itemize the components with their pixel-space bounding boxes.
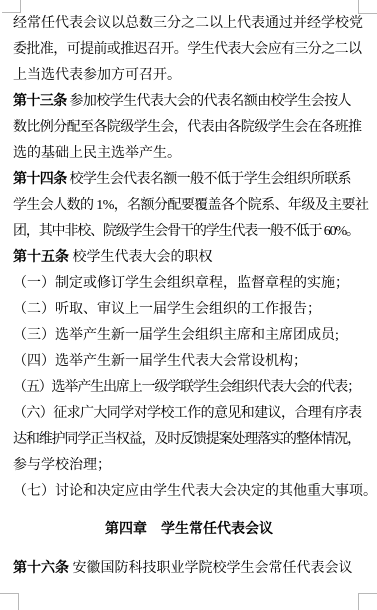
line-text: 团，其中非校、院级学生会骨干的学生代表一般不低于 60%。 <box>13 224 359 239</box>
line-text: （二）听取、审议上一届学生会组织的工作报告； <box>13 302 321 317</box>
list-item-2: （二）听取、审议上一届学生会组织的工作报告； <box>13 297 365 323</box>
line-text: （七）讨论和决定应由学生代表大会决定的其他重大事项。 <box>13 484 377 499</box>
list-item-7: （七）讨论和决定应由学生代表大会决定的其他重大事项。 <box>13 479 365 505</box>
article-14-opening-line: 第十四条 校学生会代表名额一般不低于学生会组织所联系 <box>13 167 365 193</box>
line-text: 数比例分配至各院级学生会，代表由各院级学生会在各班推 <box>13 120 361 135</box>
list-item-4: （四）选举产生新一届学生代表大会常设机构； <box>13 349 365 375</box>
text-line: 数比例分配至各院级学生会，代表由各院级学生会在各班推 <box>13 115 365 141</box>
line-text: （四）选举产生新一届学生代表大会常设机构； <box>13 354 307 369</box>
line-text: 校学生会代表名额一般不低于学生会组织所联系 <box>67 172 351 187</box>
list-item-3: （三）选举产生新一届学生会组织主席和主席团成员; <box>13 323 365 349</box>
document-page: 经常任代表会议以总数三分之二以上代表通过并经学校党 委批准，可提前或推迟召开。学… <box>0 0 377 610</box>
text-line: 委批准，可提前或推迟召开。学生代表大会应有三分之二以 <box>13 37 365 63</box>
line-text: 选的基础上民主选举产生。 <box>13 146 181 161</box>
article-16-label: 第十六条 <box>13 561 69 576</box>
line-text: 上当选代表参加方可召开。 <box>13 68 181 83</box>
text-line: 上当选代表参加方可召开。 <box>13 63 365 89</box>
line-text: 参与学校治理； <box>13 458 111 473</box>
document-text-column[interactable]: 经常任代表会议以总数三分之二以上代表通过并经学校党 委批准，可提前或推迟召开。学… <box>13 11 365 582</box>
line-text: 达和维护同学正当权益，及时反馈提案处理落实的整体情况， <box>13 432 360 447</box>
line-text: 委批准，可提前或推迟召开。学生代表大会应有三分之二以 <box>13 42 361 57</box>
text-line: 达和维护同学正当权益，及时反馈提案处理落实的整体情况， <box>13 427 365 453</box>
line-text: 学生会人数的 1%，名额分配要覆盖各个院系、年级及主要社 <box>13 198 368 213</box>
text-boundary-mark-bottom-left <box>0 593 19 610</box>
line-text: （六）征求广大同学对学校工作的意见和建议，合理有序表 <box>13 406 361 421</box>
list-item-1: （一）制定或修订学生会组织章程，监督章程的实施； <box>13 271 365 297</box>
article-14-label: 第十四条 <box>13 172 67 187</box>
article-15-opening-line: 第十五条 校学生代表大会的职权 <box>13 245 365 271</box>
line-text: （一）制定或修订学生会组织章程，监督章程的实施； <box>13 276 349 291</box>
chapter-4-heading: 第四章 学生常任代表会议 <box>13 517 365 543</box>
text-line: 团，其中非校、院级学生会骨干的学生代表一般不低于 60%。 <box>13 219 365 245</box>
text-line: 学生会人数的 1%，名额分配要覆盖各个院系、年级及主要社 <box>13 193 365 219</box>
chapter-heading-text: 第四章 学生常任代表会议 <box>105 522 273 537</box>
article-16-opening-line: 第十六条 安徽国防科技职业学院校学生会常任代表会议 <box>13 556 365 582</box>
line-text: （三）选举产生新一届学生会组织主席和主席团成员; <box>13 328 339 343</box>
text-line: 经常任代表会议以总数三分之二以上代表通过并经学校党 <box>13 11 365 37</box>
article-13-label: 第十三条 <box>13 94 67 109</box>
article-15-label: 第十五条 <box>13 250 69 265</box>
line-text: （五）选举产生出席上一级学联学生会组织代表大会的代表； <box>13 380 360 395</box>
list-item-6: （六）征求广大同学对学校工作的意见和建议，合理有序表 <box>13 401 365 427</box>
text-boundary-mark-bottom-right <box>358 593 377 610</box>
text-line: 选的基础上民主选举产生。 <box>13 141 365 167</box>
line-text: 安徽国防科技职业学院校学生会常任代表会议 <box>69 561 353 576</box>
list-item-5: （五）选举产生出席上一级学联学生会组织代表大会的代表； <box>13 375 365 401</box>
line-text: 校学生代表大会的职权 <box>69 250 213 265</box>
line-text: 参加校学生代表大会的代表名额由校学生会按人 <box>67 94 351 109</box>
line-text: 经常任代表会议以总数三分之二以上代表通过并经学校党 <box>13 16 363 31</box>
article-13-opening-line: 第十三条 参加校学生代表大会的代表名额由校学生会按人 <box>13 89 365 115</box>
text-line: 参与学校治理； <box>13 453 365 479</box>
